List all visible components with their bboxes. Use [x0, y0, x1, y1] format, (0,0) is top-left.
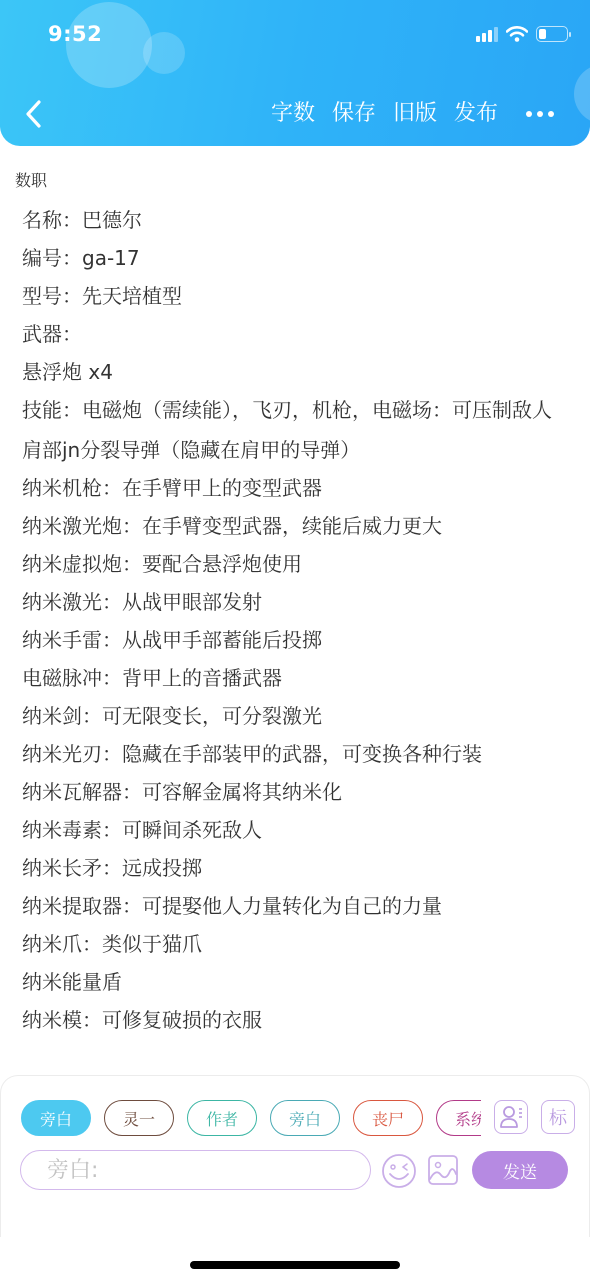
content-line: 武器： [22, 322, 572, 346]
wifi-icon [506, 26, 528, 42]
document-title[interactable]: 数职 [15, 168, 47, 191]
home-indicator[interactable] [190, 1261, 400, 1269]
role-chip-author[interactable]: 作者 [187, 1100, 257, 1136]
role-chip-zombie[interactable]: 丧尸 [353, 1100, 423, 1136]
send-button[interactable]: 发送 [472, 1151, 568, 1189]
tag-icon: 标 [549, 1104, 567, 1130]
content-line: 纳米长矛：远成投掷 [22, 856, 572, 880]
message-input-wrapper [20, 1150, 371, 1190]
chevron-left-icon [24, 99, 42, 129]
person-card-icon [499, 1104, 523, 1130]
insert-image-button[interactable] [427, 1154, 459, 1186]
character-profile-button[interactable] [494, 1100, 528, 1134]
role-chip-system[interactable]: 系统 [436, 1100, 481, 1136]
content-line: 肩部jn分裂导弹（隐藏在肩甲的导弹） [22, 438, 572, 462]
save-button[interactable]: 保存 [332, 98, 376, 130]
content-line: 纳米毒素：可瞬间杀死敌人 [22, 818, 572, 842]
wink-face-icon [381, 1153, 417, 1189]
content-line: 纳米瓦解器：可容解金属将其纳米化 [22, 780, 572, 804]
content-line: 纳米虚拟炮：要配合悬浮炮使用 [22, 552, 572, 576]
role-chip-lingyi[interactable]: 灵一 [104, 1100, 174, 1136]
role-selector: 旁白 灵一 作者 旁白 丧尸 系统 [21, 1100, 481, 1138]
decorative-bubble [574, 64, 590, 124]
content-line: 名称：巴德尔 [22, 208, 572, 232]
content-line: 纳米能量盾 [22, 970, 572, 994]
content-line: 纳米机枪：在手臂甲上的变型武器 [22, 476, 572, 500]
word-count-button[interactable]: 字数 [271, 98, 315, 130]
content-line: 纳米剑：可无限变长，可分裂激光 [22, 704, 572, 728]
publish-button[interactable]: 发布 [454, 98, 498, 130]
role-chip-narrator-2[interactable]: 旁白 [270, 1100, 340, 1136]
message-input[interactable] [47, 1158, 344, 1183]
status-icons [476, 26, 568, 42]
content-line: 纳米激光：从战甲眼部发射 [22, 590, 572, 614]
content-line: 技能：电磁炮（需续能），飞刃，机枪，电磁场：可压制敌人 [22, 398, 572, 422]
more-options-icon[interactable] [526, 111, 554, 117]
content-line: 纳米模：可修复破损的衣服 [22, 1008, 572, 1032]
cellular-signal-icon [476, 26, 498, 42]
content-line: 纳米激光炮：在手臂变型武器，续能后威力更大 [22, 514, 572, 538]
content-line: 纳米爪：类似于猫爪 [22, 932, 572, 956]
document-body[interactable]: 名称：巴德尔 编号：ga-17 型号：先天培植型 武器： 悬浮炮 x4 技能：电… [22, 208, 572, 1046]
status-time: 9:52 [48, 22, 102, 46]
old-version-button[interactable]: 旧版 [393, 98, 437, 130]
tag-button[interactable]: 标 [541, 1100, 575, 1134]
content-line: 纳米提取器：可提娶他人力量转化为自己的力量 [22, 894, 572, 918]
content-line: 纳米手雷：从战甲手部蓄能后投掷 [22, 628, 572, 652]
content-line: 悬浮炮 x4 [22, 360, 572, 384]
content-line: 电磁脉冲：背甲上的音播武器 [22, 666, 572, 690]
role-chip-narrator[interactable]: 旁白 [21, 1100, 91, 1136]
content-line: 纳米光刃：隐藏在手部装甲的武器，可变换各种行装 [22, 742, 572, 766]
battery-icon [536, 26, 568, 42]
back-button[interactable] [18, 96, 48, 132]
content-line: 编号：ga-17 [22, 246, 572, 270]
header-actions: 字数 保存 旧版 发布 [254, 98, 554, 130]
content-line: 型号：先天培植型 [22, 284, 572, 308]
top-app-bar: 9:52 字数 保存 旧版 发布 [0, 0, 590, 146]
decorative-bubble [143, 32, 185, 74]
image-icon [427, 1154, 459, 1186]
emoji-button[interactable] [381, 1153, 417, 1189]
